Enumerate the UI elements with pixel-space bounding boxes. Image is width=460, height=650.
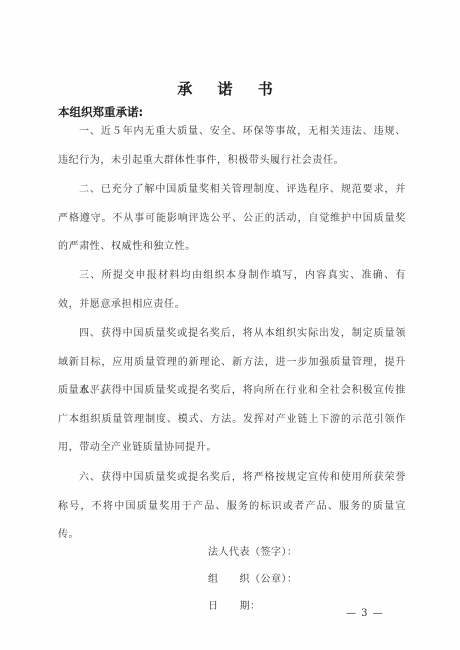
document-page: 承 诺 书 本组织郑重承诺: 一、近５年内无重大质量、安全、环保等事故，无相关违… [0,0,460,650]
commitment-item-5: 五、获得中国质量奖或提名奖后，将向所在行业和全社会积极宣传推广本组织质量管理制度… [58,377,406,463]
legal-representative-signature-label: 法人代表（签字）： [208,543,298,558]
date-label: 日 期： [208,597,261,612]
page-number: — 3 — [346,608,384,619]
commitment-item-1: 一、近５年内无重大质量、安全、环保等事故，无相关违法、违规、违纪行为，未引起重大… [58,118,406,175]
commitment-item-6: 六、获得中国质量奖或提名奖后，将严格按规定宣传和使用所获荣誉称号，不将中国质量奖… [58,464,406,550]
commitment-item-2: 二、已充分了解中国质量奖相关管理制度、评选程序、规范要求，并严格遵守。不从事可能… [58,176,406,262]
document-title: 承 诺 书 [0,78,460,99]
organization-seal-label: 组 织（公章）： [208,570,298,585]
commitment-item-3: 三、所提交申报材料均由组织本身制作填写，内容真实、准确、有效，并愿意承担相应责任… [58,262,406,319]
